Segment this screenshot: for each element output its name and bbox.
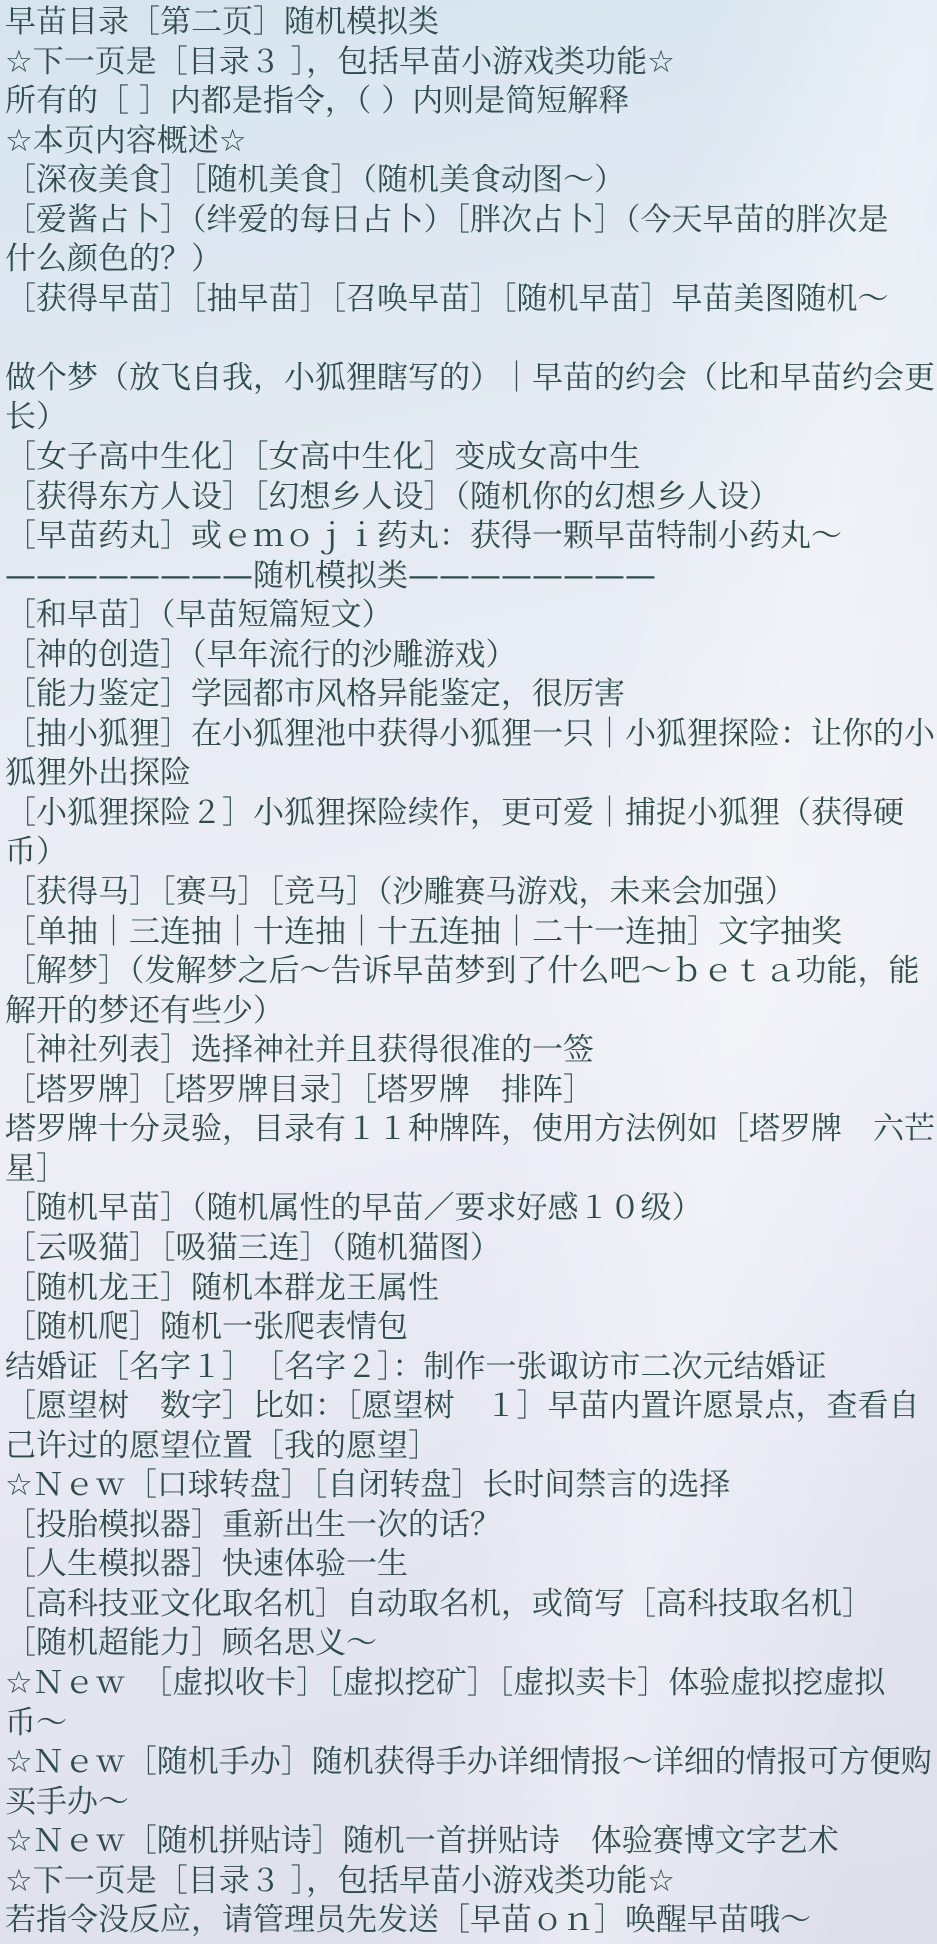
- text-line: ［神社列表］选择神社并且获得很准的一签: [5, 1031, 934, 1071]
- text-line: 币～: [5, 1704, 934, 1744]
- text-line: ［云吸猫］［吸猫三连］（随机猫图）: [5, 1229, 934, 1269]
- text-line: ［能力鉴定］学园都市风格异能鉴定，很厉害: [5, 675, 934, 715]
- text-line: ［随机早苗］（随机属性的早苗／要求好感１０级）: [5, 1189, 934, 1229]
- text-line: ☆Ｎｅｗ［随机手办］随机获得手办详细情报～详细的情报可方便购: [5, 1743, 934, 1783]
- menu-text-block: 早苗目录［第二页］随机模拟类☆下一页是［目录３ ］，包括早苗小游戏类功能☆所有的…: [0, 0, 937, 1941]
- text-line: ［塔罗牌］［塔罗牌目录］［塔罗牌 排阵］: [5, 1071, 934, 1111]
- text-line: 所有的［ ］内都是指令，（ ）内则是简短解释: [5, 82, 934, 122]
- text-line: ［深夜美食］［随机美食］（随机美食动图～）: [5, 161, 934, 201]
- text-line: 狐狸外出探险: [5, 754, 934, 794]
- text-line: ［随机龙王］随机本群龙王属性: [5, 1269, 934, 1309]
- text-line: 做个梦（放飞自我，小狐狸瞎写的）｜早苗的约会（比和早苗约会更: [5, 359, 934, 399]
- text-line: ［随机超能力］顾名思义～: [5, 1624, 934, 1664]
- text-line: 星］: [5, 1150, 934, 1190]
- text-line: ［女子高中生化］［女高中生化］变成女高中生: [5, 438, 934, 478]
- text-line: 己许过的愿望位置［我的愿望］: [5, 1427, 934, 1467]
- text-line: ☆Ｎｅｗ［口球转盘］［自闭转盘］长时间禁言的选择: [5, 1466, 934, 1506]
- text-line: ［早苗药丸］或ｅｍｏｊｉ药丸：获得一颗早苗特制小药丸～: [5, 517, 934, 557]
- text-line: ☆Ｎｅｗ ［虚拟收卡］［虚拟挖矿］［虚拟卖卡］体验虚拟挖虚拟: [5, 1664, 934, 1704]
- text-line: [5, 319, 934, 359]
- text-line: ［高科技亚文化取名机］自动取名机，或简写［高科技取名机］: [5, 1585, 934, 1625]
- text-line: 长）: [5, 398, 934, 438]
- text-line: ☆下一页是［目录３ ］，包括早苗小游戏类功能☆: [5, 43, 934, 83]
- text-line: 解开的梦还有些少）: [5, 992, 934, 1032]
- text-line: ［抽小狐狸］在小狐狸池中获得小狐狸一只｜小狐狸探险：让你的小: [5, 715, 934, 755]
- text-line: ［小狐狸探险２］小狐狸探险续作，更可爱｜捕捉小狐狸（获得硬: [5, 794, 934, 834]
- text-line: ［获得东方人设］［幻想乡人设］（随机你的幻想乡人设）: [5, 478, 934, 518]
- text-line: ［获得马］［赛马］［竞马］（沙雕赛马游戏，未来会加强）: [5, 873, 934, 913]
- text-line: ［随机爬］随机一张爬表情包: [5, 1308, 934, 1348]
- page-title-line: 早苗目录［第二页］随机模拟类: [5, 3, 934, 43]
- text-line: ［获得早苗］［抽早苗］［召唤早苗］［随机早苗］早苗美图随机～: [5, 280, 934, 320]
- text-line: 买手办～: [5, 1783, 934, 1823]
- text-line: ［爱酱占卜］（绊爱的每日占卜）［胖次占卜］（今天早苗的胖次是: [5, 201, 934, 241]
- text-line: ［解梦］（发解梦之后～告诉早苗梦到了什么吧～ｂｅｔａ功能，能: [5, 952, 934, 992]
- text-line: ［投胎模拟器］重新出生一次的话？: [5, 1506, 934, 1546]
- text-line: ［愿望树 数字］比如：［愿望树 １］早苗内置许愿景点，查看自: [5, 1387, 934, 1427]
- text-line: 什么颜色的？）: [5, 240, 934, 280]
- text-line: 币）: [5, 833, 934, 873]
- text-line: ☆本页内容概述☆: [5, 122, 934, 162]
- text-line: ☆Ｎｅｗ［随机拼贴诗］随机一首拼贴诗 体验赛博文字艺术: [5, 1822, 934, 1862]
- text-line: 若指令没反应，请管理员先发送［早苗ｏｎ］唤醒早苗哦～: [5, 1901, 934, 1941]
- text-line: ［神的创造］（早年流行的沙雕游戏）: [5, 636, 934, 676]
- text-line: 塔罗牌十分灵验，目录有１１种牌阵，使用方法例如［塔罗牌 六芒: [5, 1110, 934, 1150]
- text-line: ☆下一页是［目录３ ］，包括早苗小游戏类功能☆: [5, 1862, 934, 1902]
- text-line: ［和早苗］（早苗短篇短文）: [5, 596, 934, 636]
- text-line: ［人生模拟器］快速体验一生: [5, 1545, 934, 1585]
- text-line: 结婚证［名字１］ ［名字２］：制作一张诹访市二次元结婚证: [5, 1348, 934, 1388]
- text-line: ［单抽｜三连抽｜十连抽｜十五连抽｜二十一连抽］文字抽奖: [5, 913, 934, 953]
- text-line: ————————随机模拟类————————: [5, 557, 934, 597]
